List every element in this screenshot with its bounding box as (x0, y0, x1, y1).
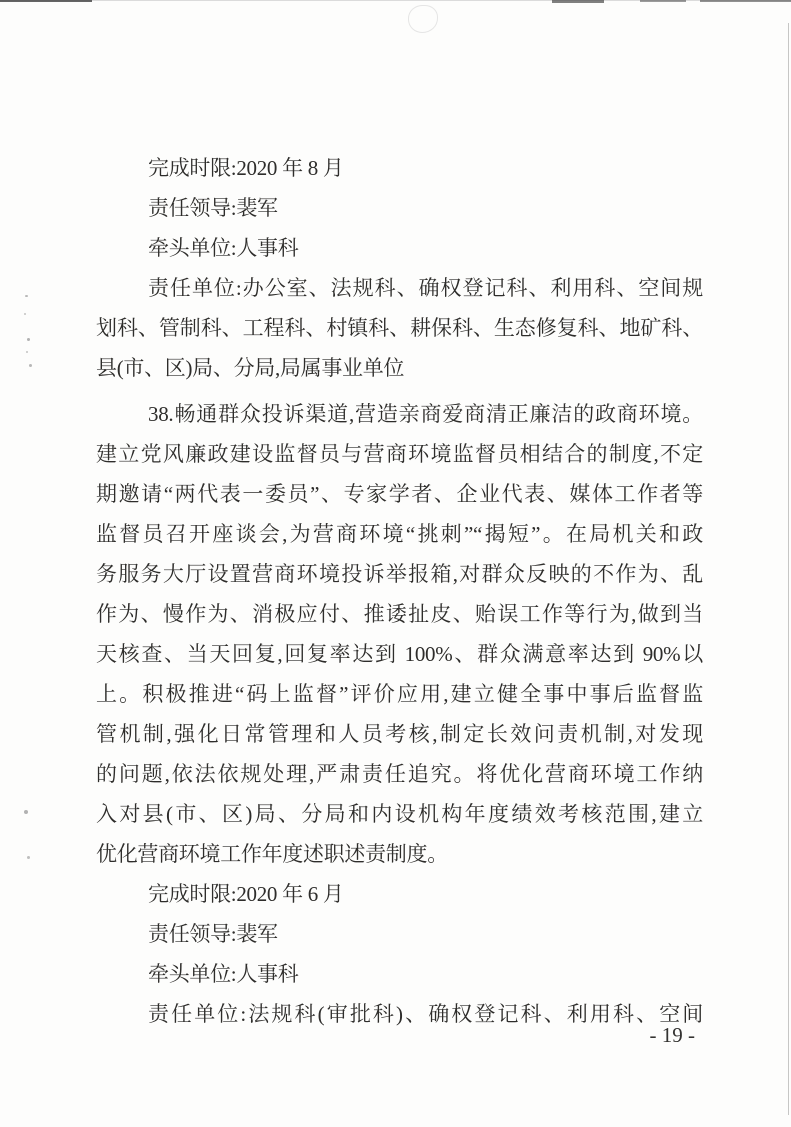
completion-deadline-line: 完成时限:2020 年 6 月 (96, 874, 703, 914)
scan-top-edge-segment (700, 0, 791, 2)
item-38-paragraph-line: 入对县(市、区)局、分局和内设机构年度绩效考核范围,建立 (96, 794, 703, 834)
item-38-paragraph-line: 期邀请“两代表一委员”、专家学者、企业代表、媒体工作者等 (96, 474, 703, 514)
scan-top-edge-segment (640, 0, 686, 2)
lead-unit-line: 牵头单位:人事科 (96, 954, 703, 994)
scan-speck (29, 364, 32, 367)
scan-speck (26, 351, 28, 353)
item-38-paragraph-line: 38.畅通群众投诉渠道,营造亲商爱商清正廉洁的政商环境。 (96, 394, 703, 434)
scan-smudge (408, 5, 438, 33)
lead-unit-line: 牵头单位:人事科 (96, 228, 703, 268)
responsible-units-line: 责任单位:办公室、法规科、确权登记科、利用科、空间规 (96, 268, 703, 308)
item-38-paragraph-line: 的问题,依法依规处理,严肃责任追究。将优化营商环境工作纳 (96, 754, 703, 794)
item-38-paragraph-line: 作为、慢作为、消极应付、推诿扯皮、贻误工作等行为,做到当 (96, 594, 703, 634)
item-38-paragraph-line: 天核查、当天回复,回复率达到 100%、群众满意率达到 90%以 (96, 634, 703, 674)
item-38-paragraph-line: 建立党风廉政建设监督员与营商环境监督员相结合的制度,不定 (96, 434, 703, 474)
scanned-document-page: 完成时限:2020 年 8 月 责任领导:裴军 牵头单位:人事科 责任单位:办公… (0, 0, 791, 1127)
responsible-units-line: 划科、管制科、工程科、村镇科、耕保科、生态修复科、地矿科、 (96, 308, 703, 348)
responsible-units-line: 县(市、区)局、分局,局属事业单位 (96, 348, 703, 388)
responsible-leader-line: 责任领导:裴军 (96, 188, 703, 228)
scan-speck (24, 313, 26, 315)
item-38-paragraph-line: 管机制,强化日常管理和人员考核,制定长效问责机制,对发现 (96, 714, 703, 754)
scan-top-edge-segment (0, 0, 92, 2)
document-body: 完成时限:2020 年 8 月 责任领导:裴军 牵头单位:人事科 责任单位:办公… (96, 148, 703, 1034)
scan-speck (25, 295, 28, 297)
scan-speck (27, 338, 30, 341)
scan-speck (27, 856, 30, 859)
scan-speck (24, 810, 28, 814)
item-38-paragraph-line: 监督员召开座谈会,为营商环境“挑刺”“揭短”。在局机关和政 (96, 514, 703, 554)
page-number: - 19 - (650, 1022, 696, 1048)
scan-top-edge-segment (552, 0, 604, 3)
responsible-units-line: 责任单位:法规科(审批科)、确权登记科、利用科、空间 (96, 994, 703, 1034)
scan-right-edge-line (788, 23, 789, 1115)
item-38-paragraph-line: 优化营商环境工作年度述职述责制度。 (96, 834, 703, 874)
item-38-paragraph-line: 上。积极推进“码上监督”评价应用,建立健全事中事后监督监 (96, 674, 703, 714)
completion-deadline-line: 完成时限:2020 年 8 月 (96, 148, 703, 188)
responsible-leader-line: 责任领导:裴军 (96, 914, 703, 954)
item-38-paragraph-line: 务服务大厅设置营商环境投诉举报箱,对群众反映的不作为、乱 (96, 554, 703, 594)
